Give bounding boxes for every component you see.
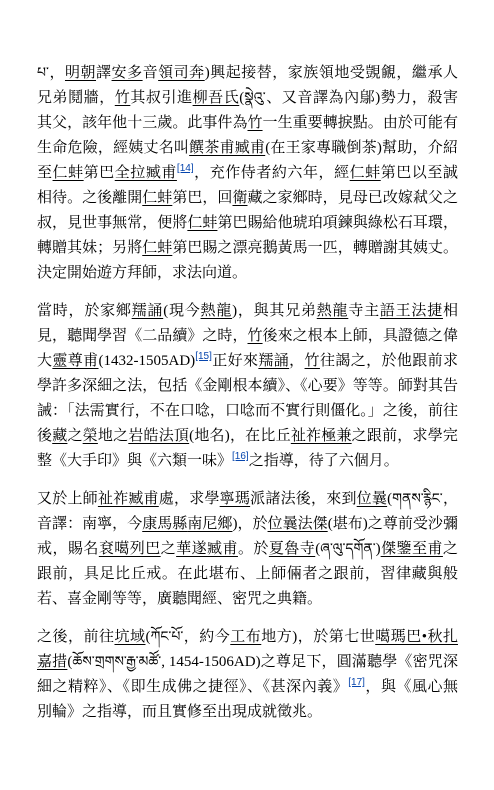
text-run: 音 [143,65,159,81]
text-run: )，於 [232,516,267,532]
text-run: (1432-1505AD) [99,353,196,369]
proper-noun: 竹 [115,90,131,106]
text-run: 寺主 [348,303,380,319]
text-run: 之後，前往 [37,629,114,645]
article-body: པ་，明朝譯安多音領司奔)興起接替，家族領地受覬覦，繼承人兄弟鬩牆，竹其叔引進柳… [37,61,458,738]
tibetan-text: པ་ [37,66,49,81]
text-run: 正好來 [212,353,259,369]
proper-noun: 傑鑒至甫 [381,541,443,557]
text-run: ， [289,353,304,369]
proper-noun: 祉祚極兼 [291,428,352,444]
paragraph: 當時，於家鄉羺誦(現今熱龍)，與其兄弟熱龍寺主語王法捷相見，聽聞學習《二品續》之… [37,299,458,474]
paragraph: པ་，明朝譯安多音領司奔)興起接替，家族領地受覬覦，繼承人兄弟鬩牆，竹其叔引進柳… [37,61,458,286]
proper-noun: 坑域 [114,629,145,645]
text-run: (現今 [163,303,200,319]
proper-noun: 衛 [232,190,247,206]
proper-noun: 靈尊甫 [52,353,98,369]
text-run: 之 [67,428,82,444]
proper-noun: 寧瑪 [220,491,250,507]
proper-noun: 位曩法傑 [268,516,328,532]
tibetan-text: གནས་རྙིང་ [392,492,443,507]
proper-noun: 饌茶甫臧甫 [189,140,265,156]
proper-noun: 藏 [52,428,67,444]
paragraph: 又於上師祉祚臧甫處，求學寧瑪派諸法後，來到位曩(གནས་རྙིང་，音譯：南寧，… [37,487,458,612]
text-run: 譯 [96,65,112,81]
proper-noun: 岩皓法頂 [128,428,189,444]
proper-noun: 仁蚌 [142,240,172,256]
proper-noun: 羺誦 [132,303,164,319]
text-run: ，約今 [183,629,230,645]
proper-noun: 南尼鄉 [187,516,232,532]
proper-noun: 安多 [112,65,143,81]
paragraph: 之後，前往坑域(ཀོང་པོ་，約今工布地方)，於第七世噶瑪巴•秋扎嘉措(ཆོས… [37,625,458,725]
proper-noun: 祉祚臧甫 [98,491,159,507]
proper-noun: 竹 [305,353,320,369]
reference-link[interactable]: [16] [232,451,249,462]
proper-noun: 熱龍 [317,303,349,319]
text-run: 第巴 [84,165,115,181]
proper-noun: 榮 [83,428,98,444]
text-run: 地之 [98,428,128,444]
proper-noun: 語王法捷 [380,303,443,319]
proper-noun: 領司奔 [158,65,205,81]
proper-noun: 竹 [248,115,263,131]
reference-link[interactable]: [17] [348,677,365,688]
proper-noun: 明朝 [65,65,96,81]
text-run: )，與其兄弟 [232,303,317,319]
proper-noun: 康馬縣 [142,516,187,532]
proper-noun: 夏魯寺 [269,541,315,557]
tibetan-text: སྣེའུ་ [244,91,266,106]
proper-noun: 竹 [248,328,263,344]
text-run: 第巴，回 [172,190,232,206]
proper-noun: 仁蚌 [187,215,217,231]
text-run: 。於 [238,541,269,557]
proper-noun: 位曩 [357,491,387,507]
text-run: 之指導，待了六個月。 [249,453,399,469]
reference-link[interactable]: [14] [177,163,194,174]
proper-noun: 羺誦 [258,353,289,369]
proper-noun: 袞噶列巴 [99,541,161,557]
tibetan-text: ཀོང་པོ་ [150,630,183,645]
text-run: 派諸法後，來到 [250,491,357,507]
proper-noun: 熱龍 [201,303,233,319]
proper-noun: 華遂臧甫 [176,541,238,557]
tibetan-text: ཆོས་གྲགས་རྒྱ་མཚོ་ [72,655,161,670]
reference-link[interactable]: [15] [195,351,212,362]
text-run: 處，求學 [159,491,220,507]
text-run: 當時，於家鄉 [37,303,132,319]
proper-noun: 柳吾氏 [193,90,240,106]
text-run: 其叔引進 [130,90,192,106]
text-run: (地名)，在比丘 [189,428,291,444]
proper-noun: 仁蚌 [53,165,84,181]
text-run: 又於上師 [37,491,98,507]
text-run: ，充作侍者約六年，經 [194,165,350,181]
text-run: ， [49,65,65,81]
text-run: 之 [161,541,176,557]
proper-noun: 仁蚌 [350,165,381,181]
text-run: 地方)，於第七世 [261,629,375,645]
proper-noun: 工布 [230,629,261,645]
tibetan-text: ཞ་ལུ་དགོན་ [320,542,375,557]
proper-noun: 全拉臧甫 [115,165,177,181]
proper-noun: 仁蚌 [142,190,172,206]
